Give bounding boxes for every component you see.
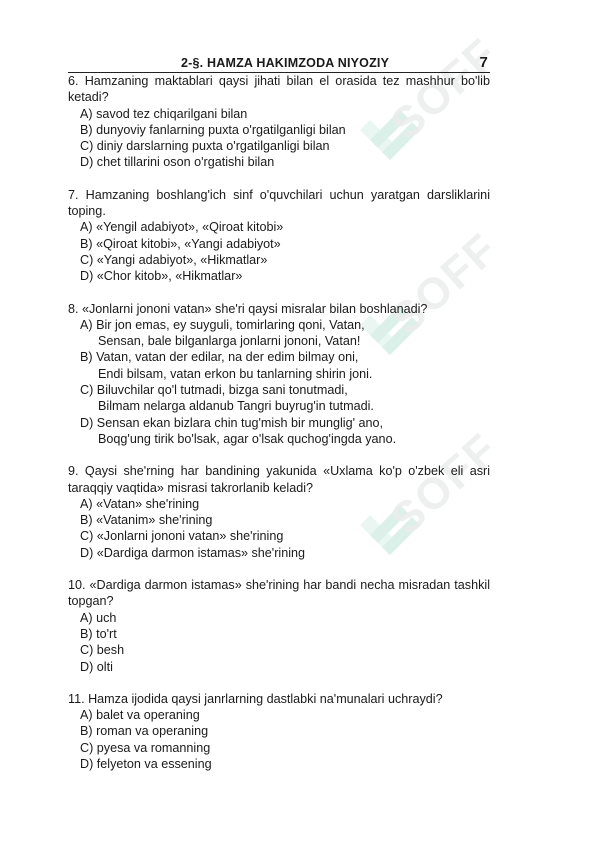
answer-option-b: B) «Qiroat kitobi», «Yangi adabiyot» [68,236,490,252]
option-label: B) [80,513,96,527]
answer-option-d: D) felyeton va essening [68,756,490,772]
document-page: 2-§. HAMZA HAKIMZODA NIYOZIY 7 6. Hamzan… [68,54,490,772]
option-label: C) [80,253,97,267]
option-text: Sensan ekan bizlara chin tug'mish bir mu… [97,416,383,430]
option-text: «Yangi adabiyot», «Hikmatlar» [97,253,268,267]
option-label: A) [80,497,96,511]
option-text: Bilmam nelarga aldanub Tangri buyrug'in … [80,398,490,414]
option-label: B) [80,123,96,137]
option-text: chet tillarini oson o'rgatishi bilan [97,155,274,169]
answer-option-b: B) dunyoviy fanlarning puxta o'rgatilgan… [68,122,490,138]
option-text: savod tez chiqarilgani bilan [96,107,247,121]
option-text: «Chor kitob», «Hikmatlar» [97,269,243,283]
option-label: A) [80,611,96,625]
option-text: «Vatanim» she'rining [96,513,212,527]
option-label: C) [80,643,97,657]
option-text: roman va operaning [96,724,208,738]
option-text: balet va operaning [96,708,200,722]
question-7: 7. Hamzaning boshlang'ich sinf o'quvchil… [68,187,490,285]
option-label: C) [80,741,97,755]
option-text: felyeton va essening [97,757,212,771]
option-label: D) [80,416,97,430]
question-10: 10. «Dardiga darmon istamas» she'rining … [68,577,490,675]
option-label: B) [80,627,96,641]
answer-option-c: C) Biluvchilar qo'l tutmadi, bizga sani … [68,382,490,415]
option-text: Endi bilsam, vatan erkon bu tanlarning s… [80,366,490,382]
answer-option-d: D) Sensan ekan bizlara chin tug'mish bir… [68,415,490,448]
option-label: A) [80,107,96,121]
page-number: 7 [479,54,488,71]
question-11: 11. Hamza ijodida qaysi janrlarning dast… [68,691,490,772]
question-text: 10. «Dardiga darmon istamas» she'rining … [68,577,490,610]
answer-option-b: B) «Vatanim» she'rining [68,512,490,528]
option-label: A) [80,318,96,332]
question-text: 8. «Jonlarni jononi vatan» she'ri qaysi … [68,301,490,317]
answer-option-c: C) diniy darslarning puxta o'rgatilganli… [68,138,490,154]
answer-option-c: C) pyesa va romanning [68,740,490,756]
question-text: 6. Hamzaning maktablari qaysi jihati bil… [68,73,490,106]
answer-option-d: D) «Chor kitob», «Hikmatlar» [68,268,490,284]
question-text: 7. Hamzaning boshlang'ich sinf o'quvchil… [68,187,490,220]
answer-option-b: B) roman va operaning [68,723,490,739]
option-text: diniy darslarning puxta o'rgatilganligi … [97,139,330,153]
option-label: D) [80,660,97,674]
option-label: D) [80,546,97,560]
answer-option-a: A) savod tez chiqarilgani bilan [68,106,490,122]
answer-option-a: A) «Yengil adabiyot», «Qiroat kitobi» [68,219,490,235]
option-label: A) [80,220,96,234]
answer-option-b: B) Vatan, vatan der edilar, na der edim … [68,349,490,382]
option-text: Bir jon emas, ey suyguli, tomirlaring qo… [96,318,365,332]
question-8: 8. «Jonlarni jononi vatan» she'ri qaysi … [68,301,490,448]
option-text: pyesa va romanning [97,741,210,755]
answer-option-c: C) besh [68,642,490,658]
option-text: «Dardiga darmon istamas» she'rining [97,546,305,560]
answer-option-a: A) «Vatan» she'rining [68,496,490,512]
option-text: «Qiroat kitobi», «Yangi adabiyot» [96,237,281,251]
option-label: C) [80,139,97,153]
option-label: C) [80,529,97,543]
option-text: to'rt [96,627,117,641]
option-label: D) [80,155,97,169]
option-label: D) [80,269,97,283]
answer-option-b: B) to'rt [68,626,490,642]
option-label: D) [80,757,97,771]
question-text: 11. Hamza ijodida qaysi janrlarning dast… [68,691,490,707]
answer-option-c: C) «Yangi adabiyot», «Hikmatlar» [68,252,490,268]
question-9: 9. Qaysi she'rning har bandining yakunid… [68,463,490,561]
option-text: Sensan, bale bilganlarga jonlarni jononi… [80,333,490,349]
answer-option-a: A) Bir jon emas, ey suyguli, tomirlaring… [68,317,490,350]
answer-option-d: D) chet tillarini oson o'rgatishi bilan [68,154,490,170]
option-label: B) [80,237,96,251]
page-header: 2-§. HAMZA HAKIMZODA NIYOZIY 7 [68,54,490,73]
option-label: A) [80,708,96,722]
option-text: uch [96,611,116,625]
option-label: B) [80,350,96,364]
question-list: 6. Hamzaning maktablari qaysi jihati bil… [68,73,490,772]
option-label: C) [80,383,97,397]
option-text: olti [97,660,113,674]
question-6: 6. Hamzaning maktablari qaysi jihati bil… [68,73,490,171]
answer-option-c: C) «Jonlarni jononi vatan» she'rining [68,528,490,544]
option-text: Boqg'ung tirik bo'lsak, agar o'lsak quch… [80,431,490,447]
answer-option-a: A) balet va operaning [68,707,490,723]
option-text: Biluvchilar qo'l tutmadi, bizga sani ton… [97,383,348,397]
option-label: B) [80,724,96,738]
option-text: dunyoviy fanlarning puxta o'rgatilganlig… [96,123,346,137]
option-text: «Vatan» she'rining [96,497,199,511]
section-title: 2-§. HAMZA HAKIMZODA NIYOZIY [181,56,389,70]
option-text: besh [97,643,124,657]
option-text: Vatan, vatan der edilar, na der edim bil… [96,350,358,364]
answer-option-a: A) uch [68,610,490,626]
answer-option-d: D) olti [68,659,490,675]
option-text: «Jonlarni jononi vatan» she'rining [97,529,284,543]
answer-option-d: D) «Dardiga darmon istamas» she'rining [68,545,490,561]
question-text: 9. Qaysi she'rning har bandining yakunid… [68,463,490,496]
option-text: «Yengil adabiyot», «Qiroat kitobi» [96,220,283,234]
